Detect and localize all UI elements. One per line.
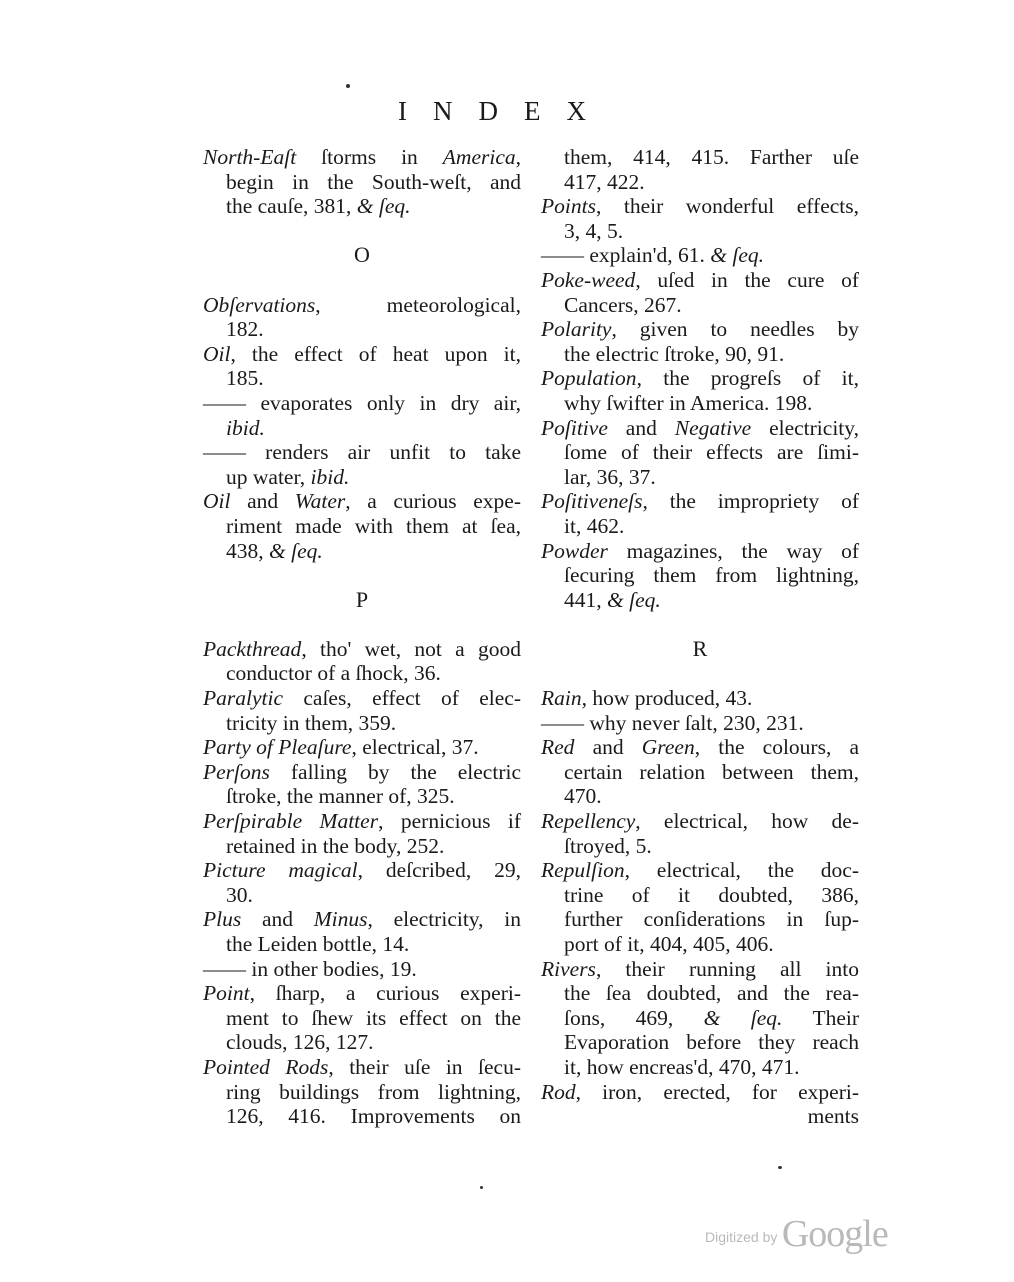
index-entry-line: conductor of a ſhock, 36.: [203, 661, 521, 686]
index-entry-line: ſome of their effects are ſimi-: [541, 440, 859, 465]
index-entry-line: Oil, the effect of heat upon it,: [203, 342, 521, 367]
index-entry-line: Rod, iron, erected, for experi-: [541, 1080, 859, 1105]
index-entry-line: Packthread, tho' wet, not a good: [203, 637, 521, 662]
index-entry-line: 441, & ſeq.: [541, 588, 859, 613]
index-entry-line: Polarity, given to needles by: [541, 317, 859, 342]
index-entry-line: 417, 422.: [541, 170, 859, 195]
index-entry-line: 470.: [541, 784, 859, 809]
index-entry-line: Population, the progreſs of it,: [541, 366, 859, 391]
index-entry-line: further conſiderations in ſup-: [541, 907, 859, 932]
index-entry-line: Repulſion, electrical, the doc-: [541, 858, 859, 883]
index-entry-line: ments: [541, 1104, 859, 1129]
index-entry-line: certain relation between them,: [541, 760, 859, 785]
index-entry-line: retained in the body, 252.: [203, 834, 521, 859]
index-entry-line: lar, 36, 37.: [541, 465, 859, 490]
section-spacer: [203, 268, 521, 293]
index-entry-line: Powder magazines, the way of: [541, 539, 859, 564]
index-entry-line: the electric ſtroke, 90, 91.: [541, 342, 859, 367]
index-entry-line: —— evaporates only in dry air,: [203, 391, 521, 416]
section-letter-heading: O: [203, 243, 521, 268]
index-entry-line: them, 414, 415. Farther uſe: [541, 145, 859, 170]
index-entry-line: Pointed Rods, their uſe in ſecu-: [203, 1055, 521, 1080]
book-page: INDEX North-Eaſt ſtorms in America,begin…: [0, 0, 1014, 1282]
index-entry-line: the cauſe, 381, & ſeq.: [203, 194, 521, 219]
index-entry-line: port of it, 404, 405, 406.: [541, 932, 859, 957]
index-entry-line: Rivers, their running all into: [541, 957, 859, 982]
index-entry-line: Red and Green, the colours, a: [541, 735, 859, 760]
section-spacer: [541, 661, 859, 686]
index-entry-line: North-Eaſt ſtorms in America,: [203, 145, 521, 170]
index-entry-line: ſecuring them from lightning,: [541, 563, 859, 588]
index-entry-line: 438, & ſeq.: [203, 539, 521, 564]
index-entry-line: tricity in them, 359.: [203, 711, 521, 736]
index-entry-line: ſons, 469, & ſeq. Their: [541, 1006, 859, 1031]
index-entry-line: —— in other bodies, 19.: [203, 957, 521, 982]
index-entry-line: the Leiden bottle, 14.: [203, 932, 521, 957]
index-entry-line: Evaporation before they reach: [541, 1030, 859, 1055]
watermark-prefix: Digitized by: [705, 1229, 777, 1245]
index-entry-line: Perſons falling by the electric: [203, 760, 521, 785]
index-entry-line: 182.: [203, 317, 521, 342]
index-entry-line: ring buildings from lightning,: [203, 1080, 521, 1105]
index-entry-line: riment made with them at ſea,: [203, 514, 521, 539]
index-entry-line: 185.: [203, 366, 521, 391]
ink-speck: [480, 1186, 483, 1189]
right-column: them, 414, 415. Farther uſe417, 422.Poin…: [541, 145, 859, 1129]
index-entry-line: Point, ſharp, a curious experi-: [203, 981, 521, 1006]
section-letter-heading: R: [541, 637, 859, 662]
index-entry-line: Poſitiveneſs, the impropriety of: [541, 489, 859, 514]
index-entry-line: —— explain'd, 61. & ſeq.: [541, 243, 859, 268]
index-entry-line: ſtroyed, 5.: [541, 834, 859, 859]
index-entry-line: ſtroke, the manner of, 325.: [203, 784, 521, 809]
index-entry-line: 30.: [203, 883, 521, 908]
index-entry-line: up water, ibid.: [203, 465, 521, 490]
section-letter-heading: P: [203, 588, 521, 613]
google-logo: Google: [782, 1213, 888, 1255]
digitized-by-google-watermark: Digitized by Google: [705, 1212, 888, 1256]
index-entry-line: Poke-weed, uſed in the cure of: [541, 268, 859, 293]
left-column: North-Eaſt ſtorms in America,begin in th…: [203, 145, 521, 1129]
index-entry-line: Rain, how produced, 43.: [541, 686, 859, 711]
section-spacer: [541, 612, 859, 637]
index-entry-line: Picture magical, deſcribed, 29,: [203, 858, 521, 883]
index-entry-line: —— why never ſalt, 230, 231.: [541, 711, 859, 736]
index-entry-line: Oil and Water, a curious expe-: [203, 489, 521, 514]
index-entry-line: Perſpirable Matter, pernicious if: [203, 809, 521, 834]
index-entry-line: begin in the South-weſt, and: [203, 170, 521, 195]
index-entry-line: trine of it doubted, 386,: [541, 883, 859, 908]
index-entry-line: 3, 4, 5.: [541, 219, 859, 244]
page-header-index: INDEX: [398, 96, 612, 127]
index-entry-line: ibid.: [203, 416, 521, 441]
index-entry-line: ment to ſhew its effect on the: [203, 1006, 521, 1031]
index-entry-line: Cancers, 267.: [541, 293, 859, 318]
section-spacer: [203, 219, 521, 244]
index-entry-line: Obſervations, meteorological,: [203, 293, 521, 318]
index-entry-line: Points, their wonderful effects,: [541, 194, 859, 219]
ink-speck: [346, 84, 350, 88]
section-spacer: [203, 612, 521, 637]
index-entry-line: it, how encreas'd, 470, 471.: [541, 1055, 859, 1080]
index-entry-line: Poſitive and Negative electricity,: [541, 416, 859, 441]
index-entry-line: 126, 416. Improvements on: [203, 1104, 521, 1129]
ink-speck: [778, 1166, 782, 1169]
index-entry-line: Plus and Minus, electricity, in: [203, 907, 521, 932]
index-entry-line: clouds, 126, 127.: [203, 1030, 521, 1055]
index-entry-line: Paralytic caſes, effect of elec-: [203, 686, 521, 711]
index-entry-line: the ſea doubted, and the rea-: [541, 981, 859, 1006]
section-spacer: [203, 563, 521, 588]
index-entry-line: —— renders air unfit to take: [203, 440, 521, 465]
index-entry-line: Party of Pleaſure, electrical, 37.: [203, 735, 521, 760]
index-entry-line: why ſwifter in America. 198.: [541, 391, 859, 416]
index-entry-line: it, 462.: [541, 514, 859, 539]
index-entry-line: Repellency, electrical, how de-: [541, 809, 859, 834]
